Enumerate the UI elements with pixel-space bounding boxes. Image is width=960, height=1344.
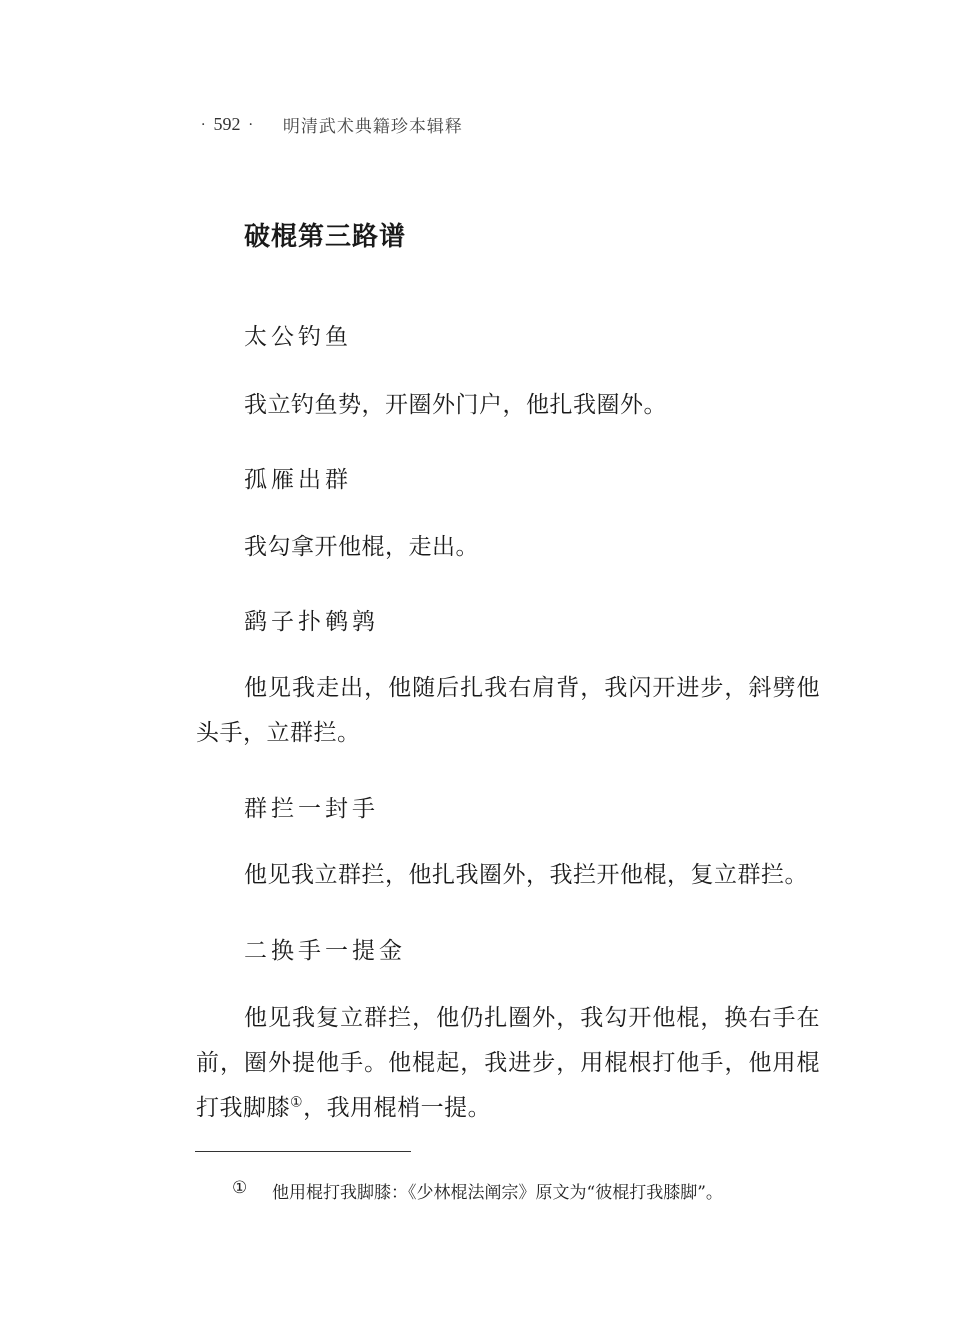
book-title: 明清武术典籍珍本辑释 — [283, 112, 463, 137]
section-title: 二换手一提金 — [244, 932, 406, 965]
section-title: 太公钓鱼 — [244, 318, 352, 351]
section-text: 我勾拿开他棍，走出。 — [196, 525, 820, 570]
section-text-part: ，我用棍梢一提。 — [303, 1095, 491, 1121]
section-text: 他见我立群拦，他扎我圈外，我拦开他棍，复立群拦。 — [196, 853, 820, 898]
section-text: 他见我走出，他随后扎我右肩背，我闪开进步，斜劈他头手，立群拦。 — [196, 666, 820, 756]
footnote-text: 他用棍打我脚膝：《少林棍法阐宗》原文为“彼棍打我膝脚”。 — [272, 1178, 723, 1203]
footnote: ① 他用棍打我脚膝：《少林棍法阐宗》原文为“彼棍打我膝脚”。 — [232, 1178, 723, 1203]
separator-dot: · — [248, 117, 252, 133]
separator-dot: · — [201, 117, 205, 133]
section-title: 鹞子扑鹌鹑 — [244, 603, 379, 636]
footnote-mark: ① — [232, 1178, 272, 1203]
section-title: 群拦一封手 — [244, 790, 379, 823]
footnote-reference[interactable]: ① — [290, 1094, 303, 1110]
section-text: 他见我复立群拦，他仍扎圈外，我勾开他棍，换右手在前，圈外提他手。他棍起，我进步，… — [196, 996, 820, 1131]
footnote-divider — [195, 1151, 411, 1152]
page-number: 592 — [213, 114, 240, 135]
section-title: 孤雁出群 — [244, 461, 352, 494]
running-head: · 592 · 明清武术典籍珍本辑释 — [193, 112, 463, 137]
section-text: 我立钓鱼势，开圈外门户，他扎我圈外。 — [196, 383, 820, 428]
chapter-title: 破棍第三路谱 — [244, 216, 406, 253]
